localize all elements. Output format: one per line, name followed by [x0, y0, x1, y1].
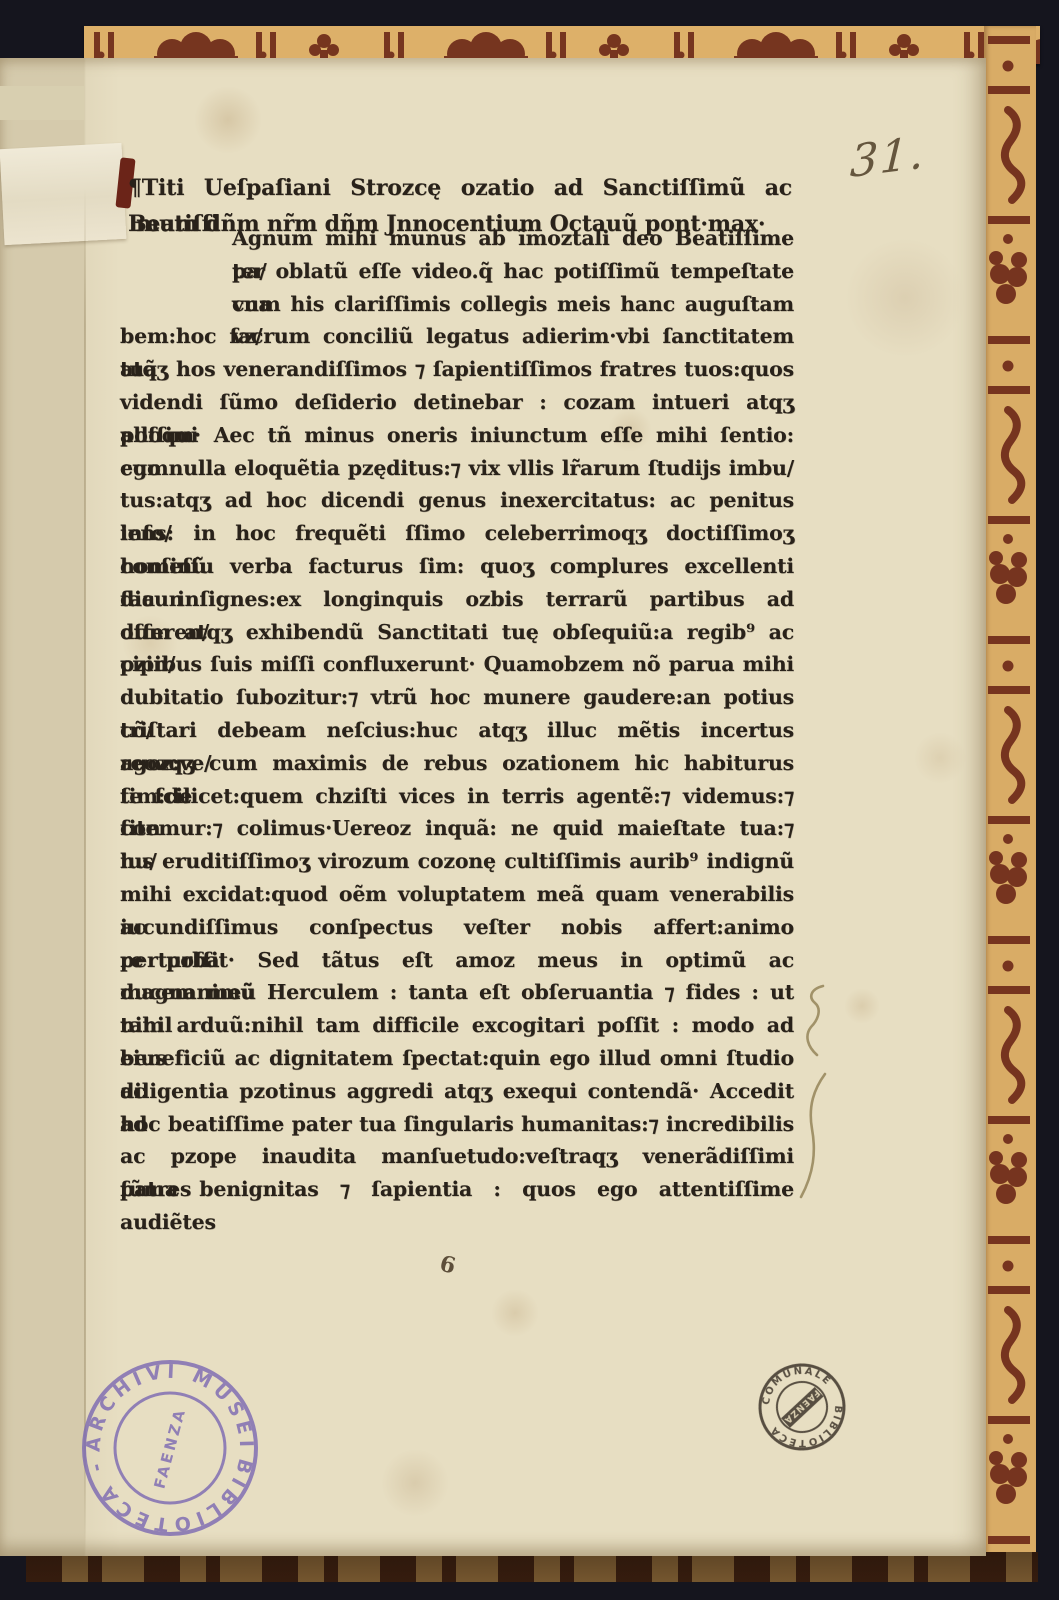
text-line: bem:hoc ſacrum conciliũ legatus adierim·…	[120, 320, 794, 353]
stamp-center-text: FAENZA	[781, 1387, 821, 1425]
marginal-bracket-mark	[793, 976, 837, 1216]
text-line: ac pzope inaudita manſuetudo:veſtraqʒ ve…	[120, 1140, 794, 1173]
text-line: diligentia pzotinus aggredi atqʒ exequi …	[120, 1075, 794, 1108]
body-text: Agnum mihi munus ab ĩmoztali deo Beatiſſ…	[120, 222, 794, 1206]
ornament-pattern-icon	[984, 26, 1036, 1566]
spine-edge	[0, 86, 84, 120]
text-line: ter oblatũ eſſe video.q̃ hac potiſſimũ t…	[120, 255, 794, 288]
text-line: videndi ſũmo deſiderio detinebar : cozam…	[120, 386, 794, 419]
text-line: cum his clariſſimis collegis meis hanc a…	[120, 288, 794, 321]
decorated-border-right	[984, 26, 1036, 1566]
text-line: ducem meũ Herculem : tanta eſt obſeruant…	[120, 976, 794, 1009]
text-line: triſtari debeam neſcius:huc atqʒ illuc m…	[120, 714, 794, 747]
heading-line: ¶Titi Ueſpaſiani Strozcę ozatio ad Sanct…	[128, 170, 792, 206]
text-line: dia inſignes:ex longinquis ozbis terrarũ…	[120, 583, 794, 616]
page: 31. ¶Titi Ueſpaſiani Strozcę ozatio ad S…	[0, 58, 986, 1556]
text-line: ſũma benignitas ⁊ ſapientia : quos ego a…	[120, 1173, 794, 1206]
text-line: cipibus ſuis miſſi confluxerunt· Quamobz…	[120, 648, 794, 681]
library-stamp-black: BIBLIOTECA COMUNALE FAENZA	[739, 1344, 865, 1470]
text-line: Agnum mihi munus ab ĩmoztali deo Beatiſſ…	[120, 222, 794, 255]
text-line: conſeſſu verba facturus ſim: quoʒ complu…	[120, 550, 794, 583]
text-line: poſſim· Aec tñ minus oneris iniunctum eſ…	[120, 419, 794, 452]
text-line: lens: in hoc frequẽti ſſimo celeberrimoq…	[120, 517, 794, 550]
text-line: tus:atqʒ ad hoc dicendi genus inexercita…	[120, 484, 794, 517]
text-line: ius eruditiſſimoʒ virozum cozonę cultiſſ…	[120, 845, 794, 878]
text-line: mihi excidat:quod oẽm voluptatem meã qua…	[120, 878, 794, 911]
text-line: fitemur:⁊ colimus·Uereoz inquã: ne quid …	[120, 812, 794, 845]
text-line: re poſſit· Sed tãtus eſt amoz meus in op…	[120, 944, 794, 977]
text-line: hoc beatiſſime pater tua ſingularis huma…	[120, 1108, 794, 1141]
folio-number-handwritten: 31.	[849, 127, 927, 188]
text-line: beneficiũ ac dignitatem ſpectat:quin ego…	[120, 1042, 794, 1075]
book-page-scan: 31. ¶Titi Ueſpaſiani Strozcę ozatio ad S…	[0, 0, 1059, 1600]
signature-mark: 6	[437, 1251, 458, 1280]
decorated-border-bottom	[26, 1552, 1038, 1582]
repair-tape	[0, 143, 126, 245]
text-line: atqʒ hos venerandiſſimos ⁊ ſapientiſſimo…	[120, 353, 794, 386]
text-line: reozqʒ cum maximis de rebus ozationem hi…	[120, 747, 794, 780]
text-line: te ſcilicet:quem chziſti vices in terris…	[120, 780, 794, 813]
text-line: iucundiſſimus conſpectus veſter nobis af…	[120, 911, 794, 944]
library-stamp-violet: ARCHIVI MUSEI BIBLIOTECA - FAENZA	[70, 1348, 270, 1548]
text-line: tam arduũ:nihil tam difficile excogitari…	[120, 1009, 794, 1042]
text-line: dum atqʒ exhibendũ Sanctitati tuę obſequ…	[120, 616, 794, 649]
text-line: ego nulla eloquẽtia pzęditus:⁊ vix vllis…	[120, 452, 794, 485]
stamp-center-text: FAENZA	[151, 1405, 190, 1490]
text-line: dubitatio ſubozitur:⁊ vtrũ hoc munere ga…	[120, 681, 794, 714]
